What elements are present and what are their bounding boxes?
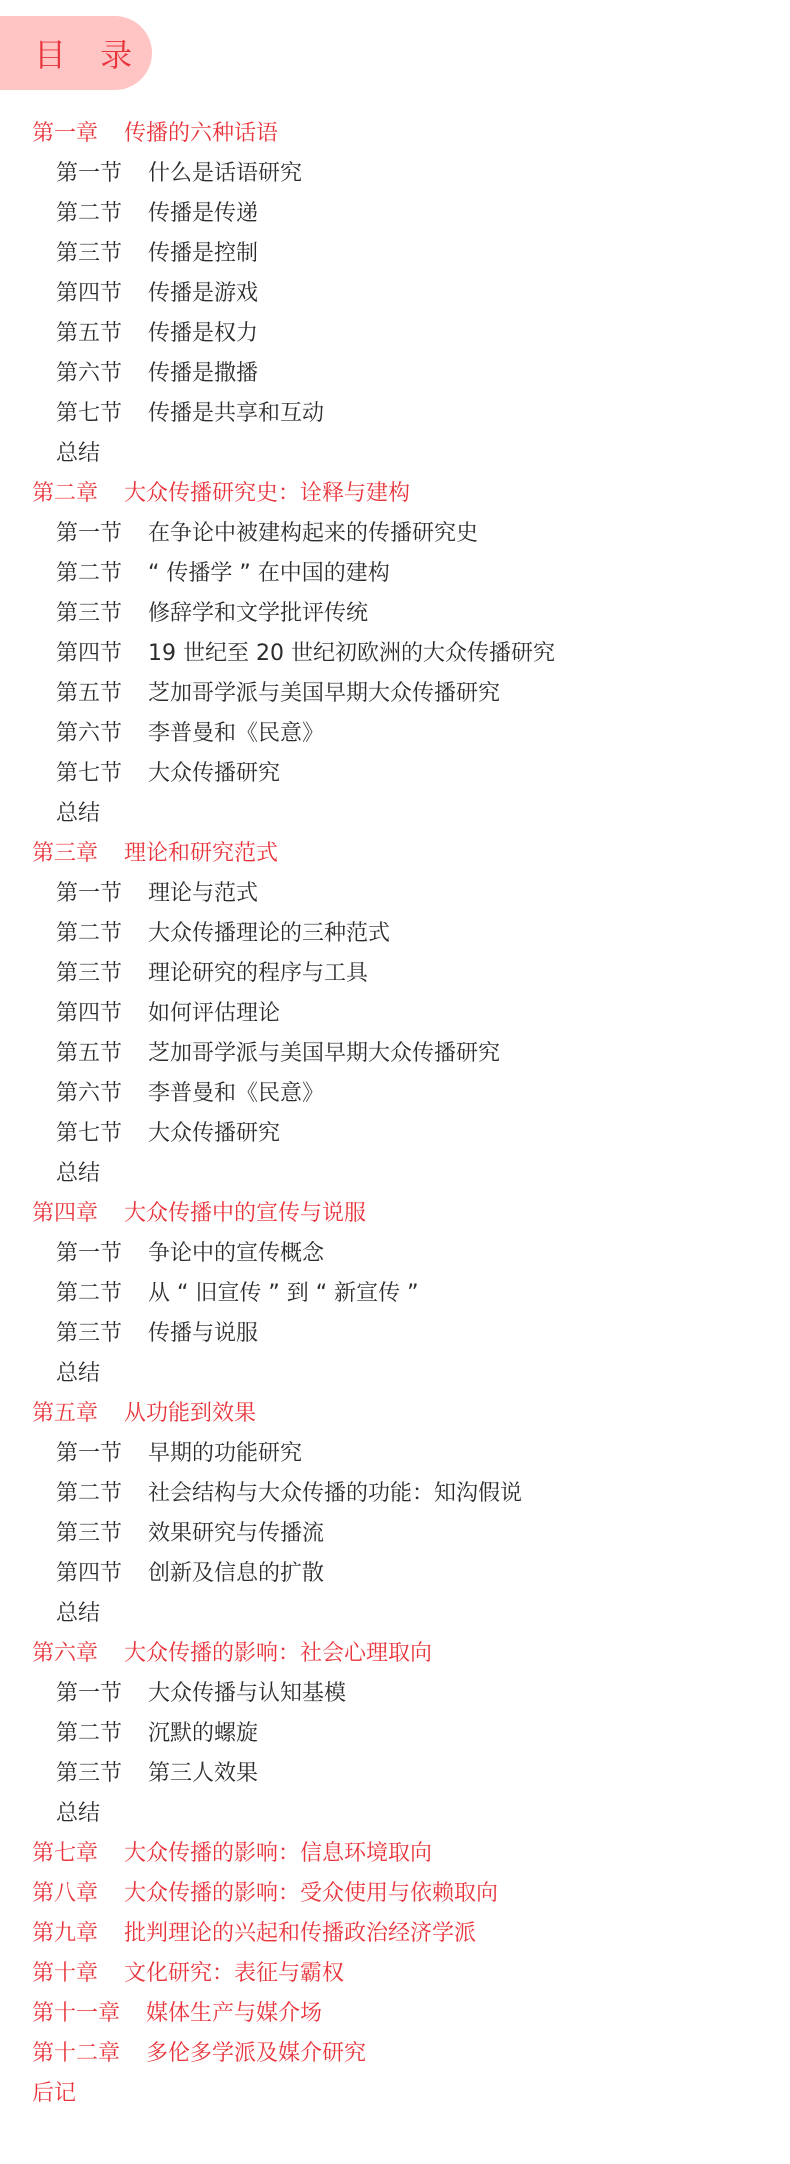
toc-section-item[interactable]: 第五节传播是权力	[0, 314, 790, 354]
section-title: 传播是游戏	[148, 281, 258, 306]
section-number: 第二节	[56, 554, 122, 594]
toc-chapter-item[interactable]: 第十章文化研究：表征与霸权	[0, 1954, 790, 1994]
page-title: 目 录	[34, 30, 144, 76]
toc-section-item[interactable]: 第四节19 世纪至 20 世纪初欧洲的大众传播研究	[0, 634, 790, 674]
toc-section-item[interactable]: 第四节创新及信息的扩散	[0, 1554, 790, 1594]
toc-chapter-item[interactable]: 第一章传播的六种话语	[0, 114, 790, 154]
section-number: 第二节	[56, 1474, 122, 1514]
section-title: 传播是共享和互动	[148, 401, 324, 426]
toc-section-item[interactable]: 第二节沉默的螺旋	[0, 1714, 790, 1754]
toc-section-item[interactable]: 第七节大众传播研究	[0, 754, 790, 794]
toc-section-item[interactable]: 第二节大众传播理论的三种范式	[0, 914, 790, 954]
chapter-number: 第九章	[32, 1914, 98, 1954]
toc-section-item[interactable]: 第七节传播是共享和互动	[0, 394, 790, 434]
chapter-title: 大众传播的影响：社会心理取向	[124, 1641, 432, 1666]
section-title: 从 “ 旧宣传 ” 到 “ 新宣传 ”	[148, 1281, 419, 1306]
section-title: 早期的功能研究	[148, 1441, 302, 1466]
toc-section-item[interactable]: 第五节芝加哥学派与美国早期大众传播研究	[0, 674, 790, 714]
toc-section-item[interactable]: 第一节什么是话语研究	[0, 154, 790, 194]
section-title: 李普曼和《民意》	[148, 1081, 324, 1106]
toc-section-item[interactable]: 第六节传播是撒播	[0, 354, 790, 394]
toc-section-item[interactable]: 第四节如何评估理论	[0, 994, 790, 1034]
section-title: 理论与范式	[148, 881, 258, 906]
chapter-title: 大众传播的影响：受众使用与依赖取向	[124, 1881, 498, 1906]
section-number: 总结	[56, 1354, 100, 1394]
section-title: 芝加哥学派与美国早期大众传播研究	[148, 681, 500, 706]
section-number: 第五节	[56, 314, 122, 354]
toc-section-item[interactable]: 总结	[0, 1594, 790, 1634]
section-number: 第六节	[56, 714, 122, 754]
section-number: 第四节	[56, 994, 122, 1034]
chapter-title: 理论和研究范式	[124, 841, 278, 866]
section-number: 总结	[56, 434, 100, 474]
toc-chapter-item[interactable]: 第二章大众传播研究史：诠释与建构	[0, 474, 790, 514]
toc-section-item[interactable]: 第五节芝加哥学派与美国早期大众传播研究	[0, 1034, 790, 1074]
section-title: 沉默的螺旋	[148, 1721, 258, 1746]
toc-section-item[interactable]: 第一节大众传播与认知基模	[0, 1674, 790, 1714]
section-title: 传播是撒播	[148, 361, 258, 386]
toc-chapter-item[interactable]: 第八章大众传播的影响：受众使用与依赖取向	[0, 1874, 790, 1914]
toc-section-item[interactable]: 第六节李普曼和《民意》	[0, 714, 790, 754]
section-number: 第六节	[56, 354, 122, 394]
section-title: 在争论中被建构起来的传播研究史	[148, 521, 478, 546]
chapter-number: 第二章	[32, 474, 98, 514]
section-title: 如何评估理论	[148, 1001, 280, 1026]
toc-section-item[interactable]: 第一节在争论中被建构起来的传播研究史	[0, 514, 790, 554]
section-title: 社会结构与大众传播的功能：知沟假说	[148, 1481, 522, 1506]
chapter-title: 媒体生产与媒介场	[146, 2001, 322, 2026]
toc-section-item[interactable]: 第一节早期的功能研究	[0, 1434, 790, 1474]
toc-chapter-item[interactable]: 第四章大众传播中的宣传与说服	[0, 1194, 790, 1234]
section-title: 第三人效果	[148, 1761, 258, 1786]
chapter-number: 第六章	[32, 1634, 98, 1674]
section-number: 第一节	[56, 1434, 122, 1474]
toc-section-item[interactable]: 第七节大众传播研究	[0, 1114, 790, 1154]
chapter-number: 第三章	[32, 834, 98, 874]
toc-section-item[interactable]: 总结	[0, 794, 790, 834]
section-number: 第一节	[56, 874, 122, 914]
toc-title-banner: 目 录	[0, 16, 152, 90]
chapter-title: 传播的六种话语	[124, 121, 278, 146]
section-title: 19 世纪至 20 世纪初欧洲的大众传播研究	[148, 641, 555, 666]
chapter-number: 第八章	[32, 1874, 98, 1914]
toc-section-item[interactable]: 第三节传播是控制	[0, 234, 790, 274]
toc-section-item[interactable]: 第六节李普曼和《民意》	[0, 1074, 790, 1114]
toc-section-item[interactable]: 总结	[0, 1154, 790, 1194]
section-title: 大众传播与认知基模	[148, 1681, 346, 1706]
section-number: 总结	[56, 794, 100, 834]
chapter-title: 批判理论的兴起和传播政治经济学派	[124, 1921, 476, 1946]
toc-chapter-item[interactable]: 第十一章媒体生产与媒介场	[0, 1994, 790, 2034]
section-title: 什么是话语研究	[148, 161, 302, 186]
toc-chapter-item[interactable]: 第九章批判理论的兴起和传播政治经济学派	[0, 1914, 790, 1954]
chapter-number: 第四章	[32, 1194, 98, 1234]
section-number: 第七节	[56, 1114, 122, 1154]
chapter-title: 多伦多学派及媒介研究	[146, 2041, 366, 2066]
chapter-number: 第十二章	[32, 2034, 120, 2074]
toc-section-item[interactable]: 第二节社会结构与大众传播的功能：知沟假说	[0, 1474, 790, 1514]
section-number: 总结	[56, 1794, 100, 1834]
section-number: 第五节	[56, 674, 122, 714]
section-number: 第四节	[56, 634, 122, 674]
section-number: 第一节	[56, 154, 122, 194]
toc-section-item[interactable]: 第三节修辞学和文学批评传统	[0, 594, 790, 634]
section-title: 传播是权力	[148, 321, 258, 346]
section-title: “ 传播学 ” 在中国的建构	[148, 561, 390, 586]
section-number: 第二节	[56, 1714, 122, 1754]
toc-section-item[interactable]: 总结	[0, 1354, 790, 1394]
section-number: 第四节	[56, 1554, 122, 1594]
toc-chapter-item[interactable]: 第十二章多伦多学派及媒介研究	[0, 2034, 790, 2074]
section-number: 第五节	[56, 1034, 122, 1074]
toc-section-item[interactable]: 第二节从 “ 旧宣传 ” 到 “ 新宣传 ”	[0, 1274, 790, 1314]
section-title: 传播与说服	[148, 1321, 258, 1346]
section-title: 大众传播研究	[148, 1121, 280, 1146]
toc-section-item[interactable]: 第三节传播与说服	[0, 1314, 790, 1354]
toc-chapter-item[interactable]: 第五章从功能到效果	[0, 1394, 790, 1434]
section-number: 总结	[56, 1154, 100, 1194]
toc-chapter-item[interactable]: 第七章大众传播的影响：信息环境取向	[0, 1834, 790, 1874]
section-number: 第三节	[56, 234, 122, 274]
chapter-number: 第一章	[32, 114, 98, 154]
chapter-title: 文化研究：表征与霸权	[124, 1961, 344, 1986]
section-number: 第二节	[56, 194, 122, 234]
toc-section-item[interactable]: 总结	[0, 1794, 790, 1834]
section-title: 争论中的宣传概念	[148, 1241, 324, 1266]
toc-section-item[interactable]: 第三节效果研究与传播流	[0, 1514, 790, 1554]
chapter-title: 从功能到效果	[124, 1401, 256, 1426]
chapter-number: 第五章	[32, 1394, 98, 1434]
section-number: 第一节	[56, 1234, 122, 1274]
section-title: 传播是传递	[148, 201, 258, 226]
toc-chapter-item[interactable]: 第六章大众传播的影响：社会心理取向	[0, 1634, 790, 1674]
table-of-contents: 第一章传播的六种话语第一节什么是话语研究第二节传播是传递第三节传播是控制第四节传…	[0, 114, 790, 2114]
toc-section-item[interactable]: 第一节争论中的宣传概念	[0, 1234, 790, 1274]
chapter-title: 大众传播研究史：诠释与建构	[124, 481, 410, 506]
toc-section-item[interactable]: 总结	[0, 434, 790, 474]
section-title: 传播是控制	[148, 241, 258, 266]
chapter-title: 大众传播的影响：信息环境取向	[124, 1841, 432, 1866]
toc-chapter-item[interactable]: 第三章理论和研究范式	[0, 834, 790, 874]
section-title: 大众传播理论的三种范式	[148, 921, 390, 946]
toc-section-item[interactable]: 第四节传播是游戏	[0, 274, 790, 314]
toc-section-item[interactable]: 第三节第三人效果	[0, 1754, 790, 1794]
section-number: 第六节	[56, 1074, 122, 1114]
section-title: 理论研究的程序与工具	[148, 961, 368, 986]
section-title: 芝加哥学派与美国早期大众传播研究	[148, 1041, 500, 1066]
section-number: 第二节	[56, 914, 122, 954]
section-number: 第七节	[56, 394, 122, 434]
chapter-number: 第十章	[32, 1954, 98, 1994]
toc-section-item[interactable]: 第一节理论与范式	[0, 874, 790, 914]
chapter-number: 第七章	[32, 1834, 98, 1874]
section-number: 第一节	[56, 514, 122, 554]
section-number: 第三节	[56, 954, 122, 994]
section-title: 创新及信息的扩散	[148, 1561, 324, 1586]
toc-section-item[interactable]: 第二节“ 传播学 ” 在中国的建构	[0, 554, 790, 594]
section-number: 第四节	[56, 274, 122, 314]
section-number: 第三节	[56, 1314, 122, 1354]
chapter-number: 第十一章	[32, 1994, 120, 2034]
section-number: 第三节	[56, 1754, 122, 1794]
section-number: 第一节	[56, 1674, 122, 1714]
section-number: 第七节	[56, 754, 122, 794]
section-number: 总结	[56, 1594, 100, 1634]
toc-chapter-item[interactable]: 后记	[0, 2074, 790, 2114]
section-number: 第三节	[56, 594, 122, 634]
toc-section-item[interactable]: 第二节传播是传递	[0, 194, 790, 234]
section-title: 效果研究与传播流	[148, 1521, 324, 1546]
section-title: 修辞学和文学批评传统	[148, 601, 368, 626]
chapter-title: 大众传播中的宣传与说服	[124, 1201, 366, 1226]
section-title: 李普曼和《民意》	[148, 721, 324, 746]
section-number: 第三节	[56, 1514, 122, 1554]
chapter-number: 后记	[32, 2074, 76, 2114]
section-title: 大众传播研究	[148, 761, 280, 786]
section-number: 第二节	[56, 1274, 122, 1314]
toc-section-item[interactable]: 第三节理论研究的程序与工具	[0, 954, 790, 994]
